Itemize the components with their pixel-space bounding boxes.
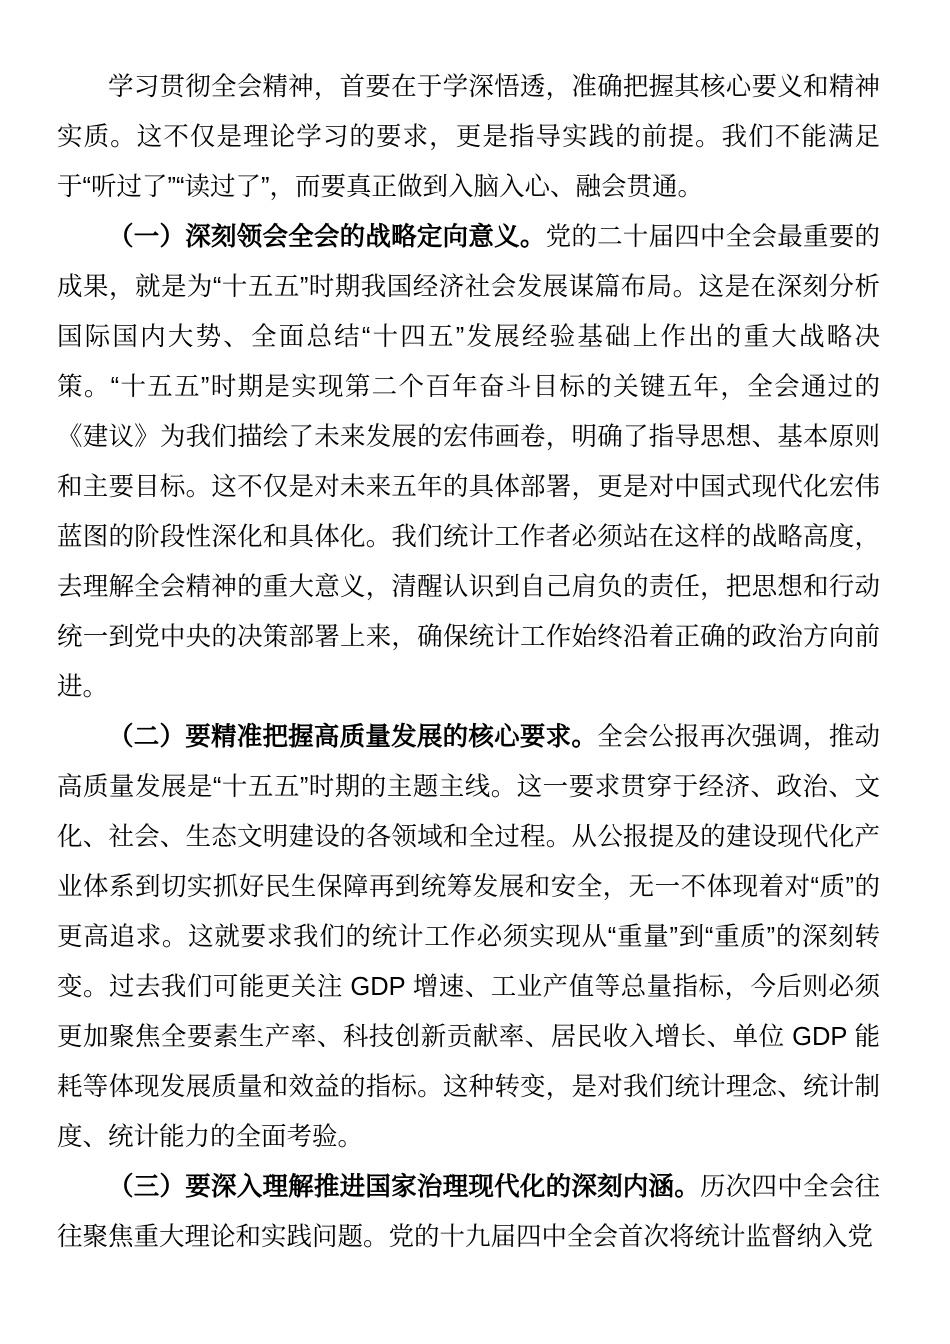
paragraph-heading: （一）深刻领会全会的战略定向意义。	[108, 223, 546, 251]
document-body: 学习贯彻全会精神，首要在于学深悟透，准确把握其核心要义和精神实质。这不仅是理论学…	[57, 62, 880, 1262]
paragraph: （一）深刻领会全会的战略定向意义。党的二十届四中全会最重要的成果，就是为“十五五…	[57, 212, 880, 712]
paragraph-heading: （三）要深入理解推进国家治理现代化的深刻内涵。	[108, 1173, 700, 1201]
paragraph-heading: （二）要精准把握高质量发展的核心要求。	[108, 723, 597, 751]
paragraph: （三）要深入理解推进国家治理现代化的深刻内涵。历次四中全会往往聚焦重大理论和实践…	[57, 1162, 880, 1262]
paragraph: （二）要精准把握高质量发展的核心要求。全会公报再次强调，推动高质量发展是“十五五…	[57, 712, 880, 1162]
paragraph-text: 学习贯彻全会精神，首要在于学深悟透，准确把握其核心要义和精神实质。这不仅是理论学…	[57, 73, 880, 201]
paragraph-text: 党的二十届四中全会最重要的成果，就是为“十五五”时期我国经济社会发展谋篇布局。这…	[57, 223, 880, 701]
paragraph: 学习贯彻全会精神，首要在于学深悟透，准确把握其核心要义和精神实质。这不仅是理论学…	[57, 62, 880, 212]
document-page: 学习贯彻全会精神，首要在于学深悟透，准确把握其核心要义和精神实质。这不仅是理论学…	[0, 0, 950, 1344]
paragraph-text: 全会公报再次强调，推动高质量发展是“十五五”时期的主题主线。这一要求贯穿于经济、…	[57, 723, 880, 1151]
